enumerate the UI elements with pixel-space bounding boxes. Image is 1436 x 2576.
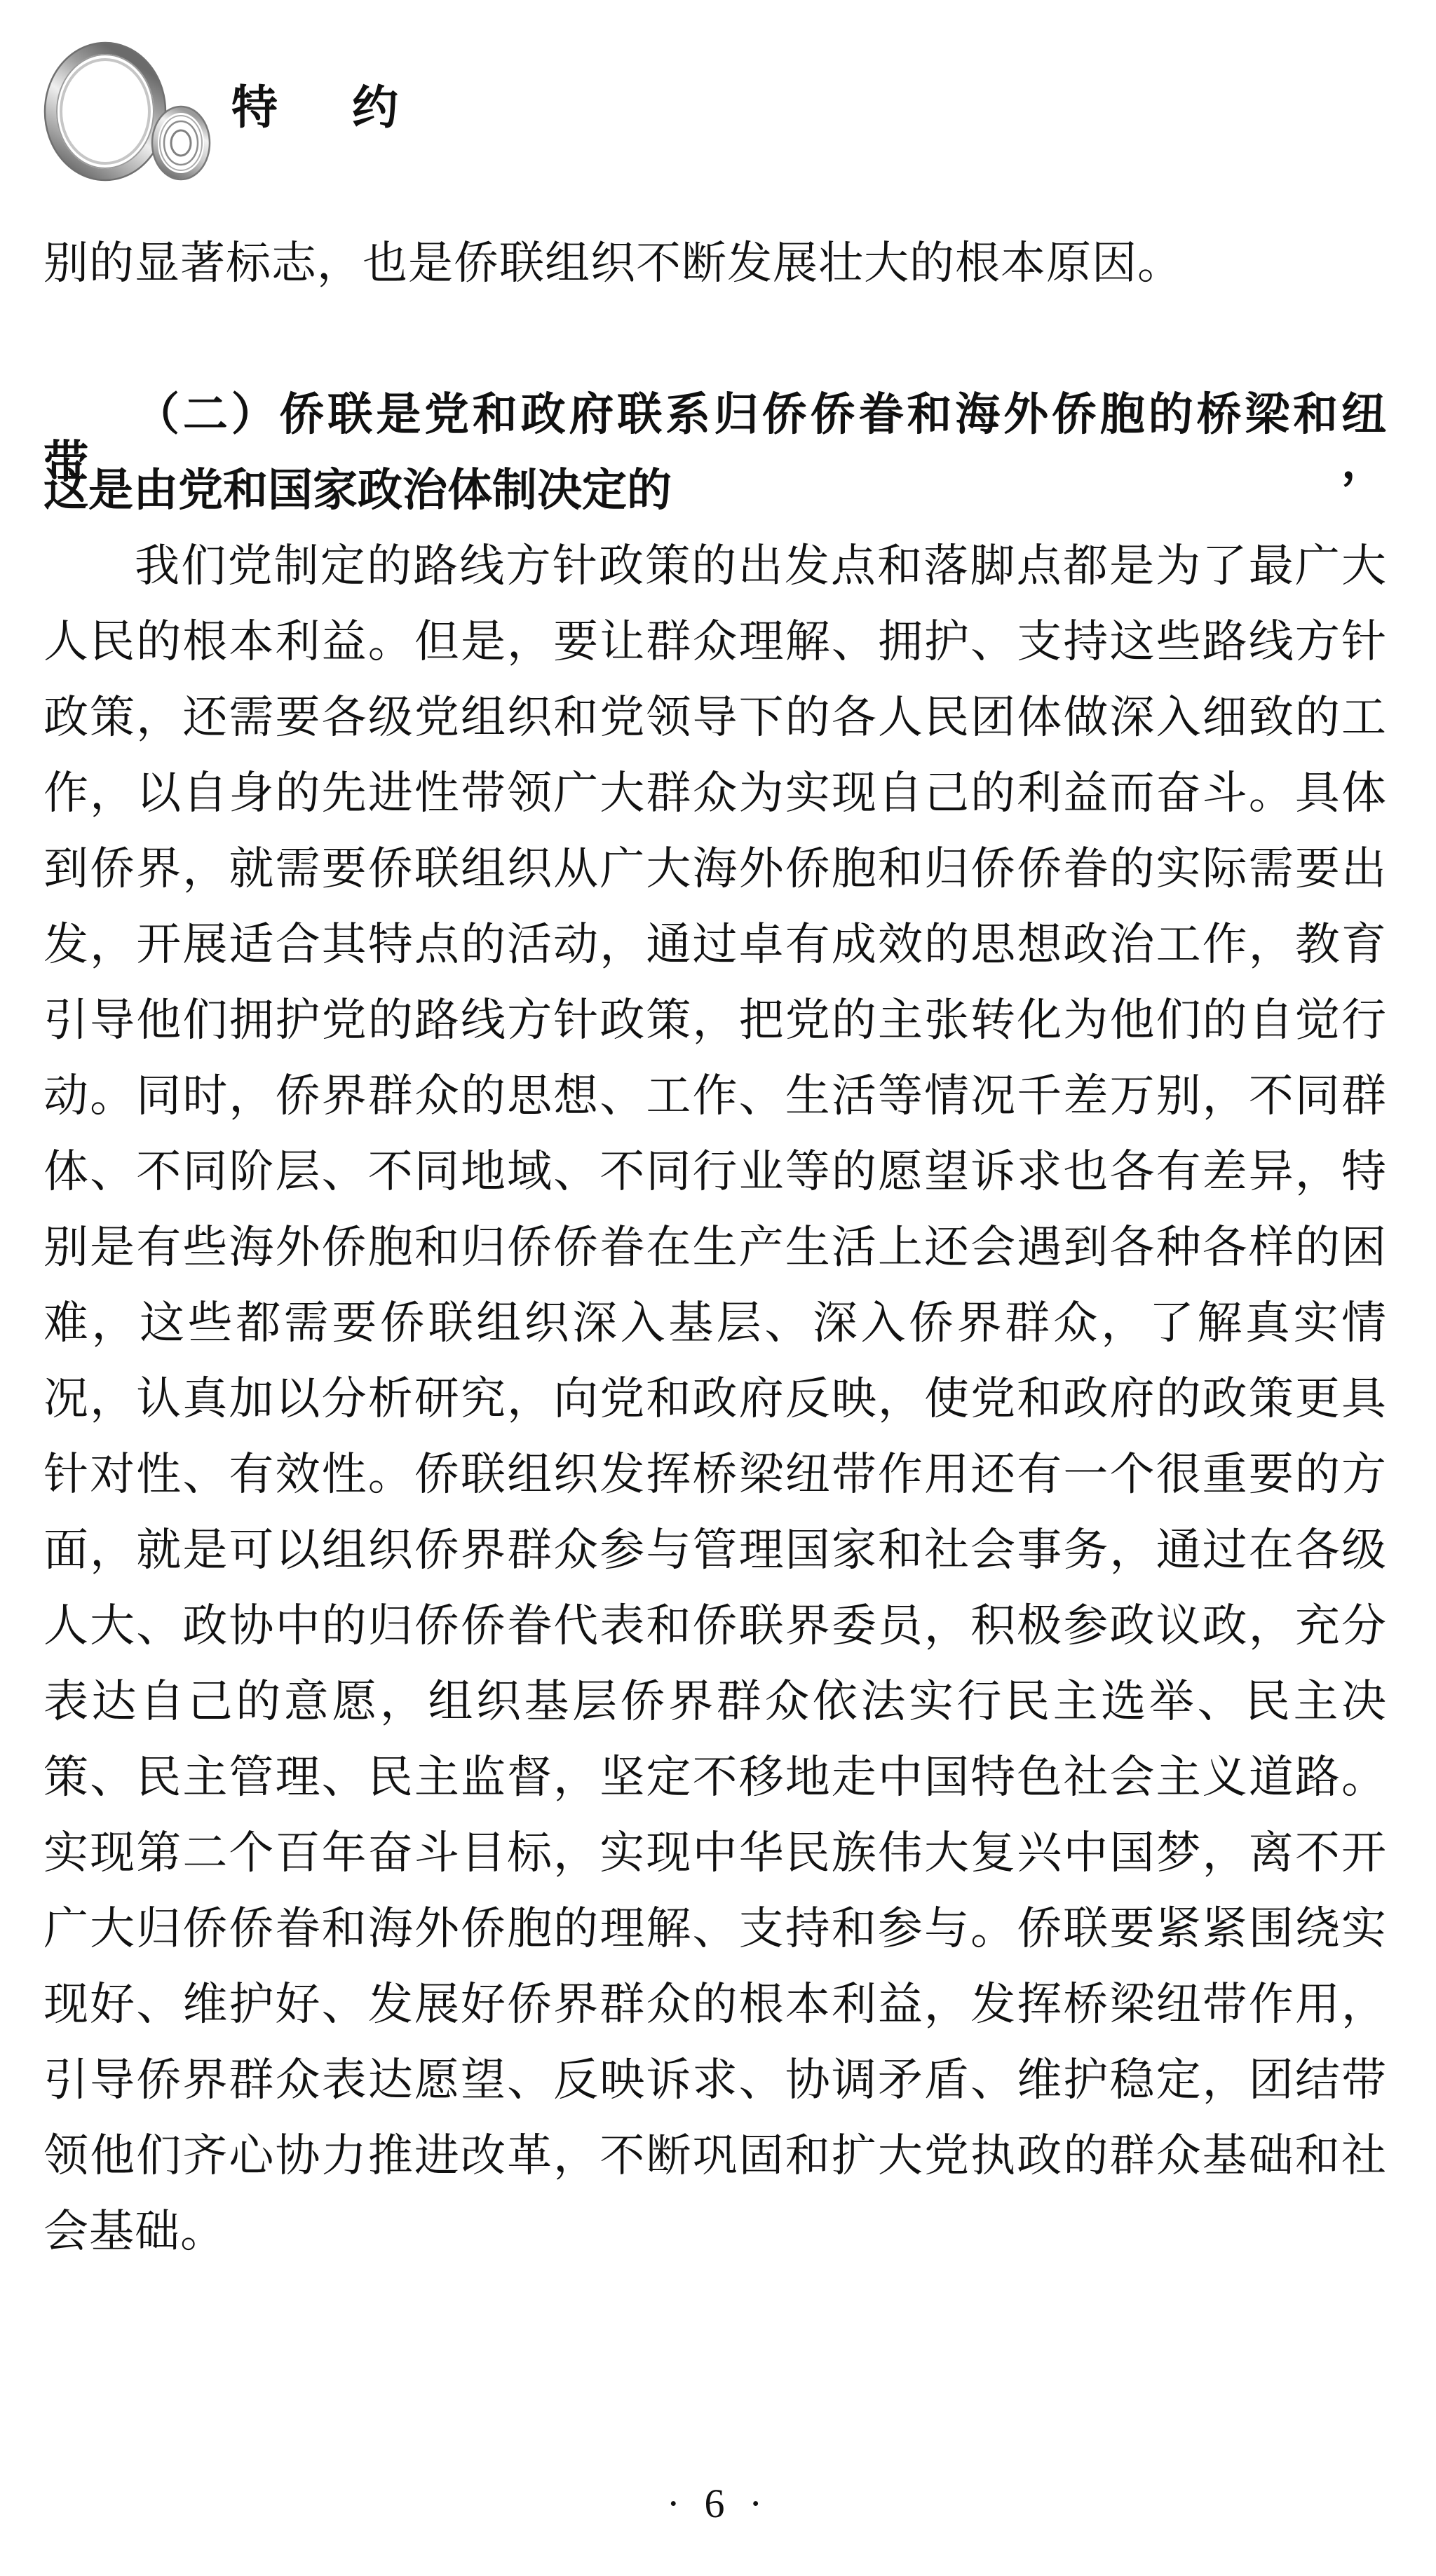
- scanned-document-page: 特 约 别的显著标志，也是侨联组织不断发展壮大的根本原因。（二）侨联是党和政府联…: [0, 0, 1436, 2576]
- text-line: 体、不同阶层、不同地域、不同行业等的愿望诉求也各有差异，特: [43, 1148, 1386, 1196]
- text-line: 引导他们拥护党的路线方针政策，把党的主张转化为他们的自觉行: [43, 997, 1386, 1044]
- two-rings-logo-icon: [43, 41, 219, 189]
- text-line: 策、民主管理、民主监督，坚定不移地走中国特色社会主义道路。: [43, 1754, 1386, 1801]
- text-line: 面，就是可以组织侨界群众参与管理国家和社会事务，通过在各级: [43, 1527, 1386, 1574]
- text-line: 人民的根本利益。但是，要让群众理解、拥护、支持这些路线方针: [43, 618, 1386, 666]
- text-line: 广大归侨侨眷和海外侨胞的理解、支持和参与。侨联要紧紧围绕实: [43, 1905, 1386, 1953]
- text-line: 难，这些都需要侨联组织深入基层、深入侨界群众，了解真实情: [43, 1300, 1386, 1347]
- text-line: 现好、维护好、发展好侨界群众的根本利益，发挥桥梁纽带作用，: [43, 1981, 1386, 2029]
- text-line: 这是由党和国家政治体制决定的: [43, 467, 1386, 514]
- blank-line: [43, 315, 1386, 363]
- text-line: 人大、政协中的归侨侨眷代表和侨联界委员，积极参政议政，充分: [43, 1602, 1386, 1650]
- text-line: 会基础。: [43, 2208, 1386, 2256]
- text-line: 作，以自身的先进性带领广大群众为实现自己的利益而奋斗。具体: [43, 770, 1386, 817]
- text-line: 动。同时，侨界群众的思想、工作、生活等情况千差万别，不同群: [43, 1072, 1386, 1120]
- text-line: 我们党制定的路线方针政策的出发点和落脚点都是为了最广大: [43, 543, 1386, 590]
- text-line: 表达自己的意愿，组织基层侨界群众依法实行民主选举、民主决: [43, 1678, 1386, 1726]
- text-line: 发，开展适合其特点的活动，通过卓有成效的思想政治工作，教育: [43, 921, 1386, 969]
- text-line: 况，认真加以分析研究，向党和政府反映，使党和政府的政策更具: [43, 1375, 1386, 1423]
- text-line: 引导侨界群众表达愿望、反映诉求、协调矛盾、维护稳定，团结带: [43, 2057, 1386, 2104]
- text-line: 到侨界，就需要侨联组织从广大海外侨胞和归侨侨眷的实际需要出: [43, 845, 1386, 893]
- text-line: 别的显著标志，也是侨联组织不断发展壮大的根本原因。: [43, 240, 1386, 287]
- page-number: · 6 ·: [0, 2483, 1436, 2525]
- text-line: 政策，还需要各级党组织和党领导下的各人民团体做深入细致的工: [43, 694, 1386, 742]
- text-line: 实现第二个百年奋斗目标，实现中华民族伟大复兴中国梦，离不开: [43, 1829, 1386, 1877]
- text-line: 领他们齐心协力推进改革，不断巩固和扩大党执政的群众基础和社: [43, 2132, 1386, 2180]
- text-line: 别是有些海外侨胞和归侨侨眷在生产生活上还会遇到各种各样的困: [43, 1224, 1386, 1272]
- column-title: 特 约: [231, 84, 412, 130]
- text-line: 针对性、有效性。侨联组织发挥桥梁纽带作用还有一个很重要的方: [43, 1451, 1386, 1499]
